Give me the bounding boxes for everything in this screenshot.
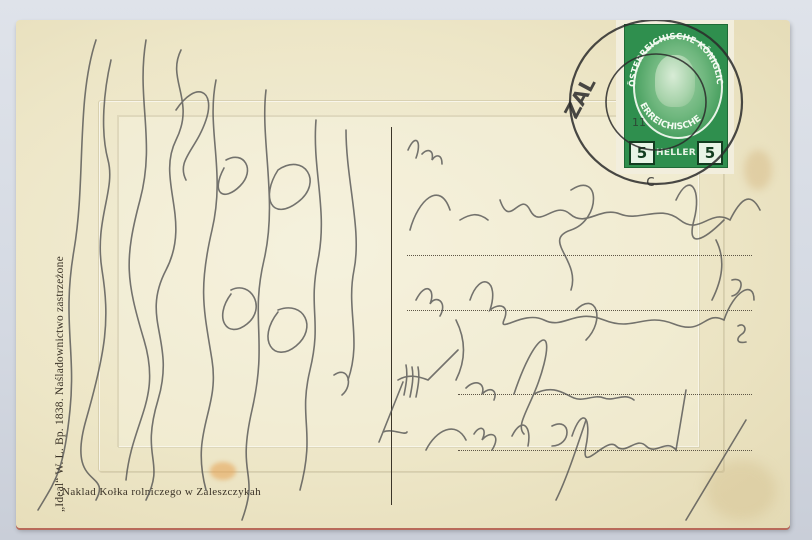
postmark-date: 11 <box>632 116 646 129</box>
postmark-letter: c <box>646 171 655 190</box>
postmark-cancellation: ZAL 11 c <box>16 20 790 528</box>
postcard: „Ideal“ W. L. Bp. 1838. Naśladownictwo z… <box>16 20 790 528</box>
postmark-town: ZAL <box>559 73 600 122</box>
